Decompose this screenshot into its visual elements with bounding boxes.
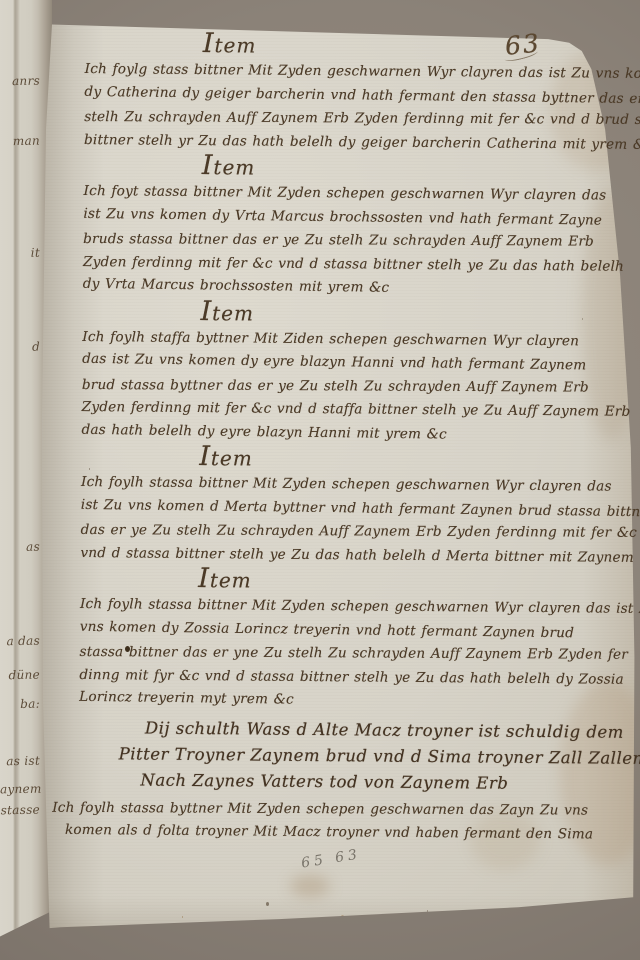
facing-page-fragment: anrs [0, 74, 40, 89]
facing-page-fragment: ba: [0, 697, 40, 712]
entry: ItemIch foyt stassa bittner Mit Zyden sc… [83, 155, 632, 302]
entry: ItemIch foylh stassa bittner Mit Zyden s… [80, 446, 629, 570]
facing-page-fragment: it [0, 246, 40, 261]
entry-heading: Item [199, 447, 629, 472]
entry-line: bittner stelh yr Zu das hath belelh dy g… [84, 128, 632, 156]
entry-line: das er ye Zu stelh Zu schrayden Auff Zay… [81, 519, 629, 545]
stain [290, 875, 330, 897]
facing-page-fragment: as ist [0, 754, 40, 769]
facing-page-fragment: stasse [0, 803, 40, 818]
entry-line: vnd d stassa bittner stelh ye Zu das hat… [80, 541, 628, 569]
manuscript-text: ItemIch foylg stass bittner Mit Zyden ge… [78, 30, 633, 847]
entry-heading: Item [198, 569, 628, 594]
entry-heading: Item [200, 302, 630, 327]
entry-line: stelh Zu schrayden Auff Zaynem Erb Zyden… [84, 106, 632, 132]
entry-line: stassa bittner das er yne Zu stelh Zu sc… [80, 641, 628, 667]
facing-page-fragment: d [0, 340, 40, 355]
entry-line: Ich foylh stassa byttner Mit Zyden schep… [52, 796, 626, 823]
debt-note: Dij schulth Wass d Alte Macz troyner ist… [78, 714, 627, 797]
closing-entry: Ich foylh stassa byttner Mit Zyden schep… [78, 795, 626, 847]
entry-line: bruds stassa bittner das er ye Zu stelh … [83, 228, 631, 254]
photo-background: anrsmanitdasa dasdüneba:as istaynemstass… [0, 0, 640, 960]
entry: ItemIch foylg stass bittner Mit Zyden ge… [84, 33, 633, 157]
entry-heading: Item [202, 156, 632, 181]
entry-line: komen als d folta troyner Mit Macz troyn… [65, 819, 626, 847]
facing-page-fragment: düne [0, 668, 40, 683]
facing-page-fragment: a das [0, 634, 40, 649]
facing-page-fragment: aynem [0, 782, 40, 797]
note-line: Nach Zaynes Vatters tod von Zaynem Erb [140, 767, 626, 797]
facing-page-fragment: as [0, 540, 40, 555]
facing-page-fragment: man [0, 134, 40, 149]
note-line: Dij schulth Wass d Alte Macz troyner ist… [145, 715, 627, 745]
entry-line: brud stassa byttner das er ye Zu stelh Z… [82, 373, 630, 399]
note-line: Pitter Troyner Zaynem brud vnd d Sima tr… [119, 741, 627, 771]
entry-heading: Item [203, 34, 633, 59]
entry: ItemIch foylh stassa bittner Mit Zyden s… [79, 568, 628, 715]
entry: ItemIch foylh staffa byttner Mit Ziden s… [81, 300, 630, 447]
